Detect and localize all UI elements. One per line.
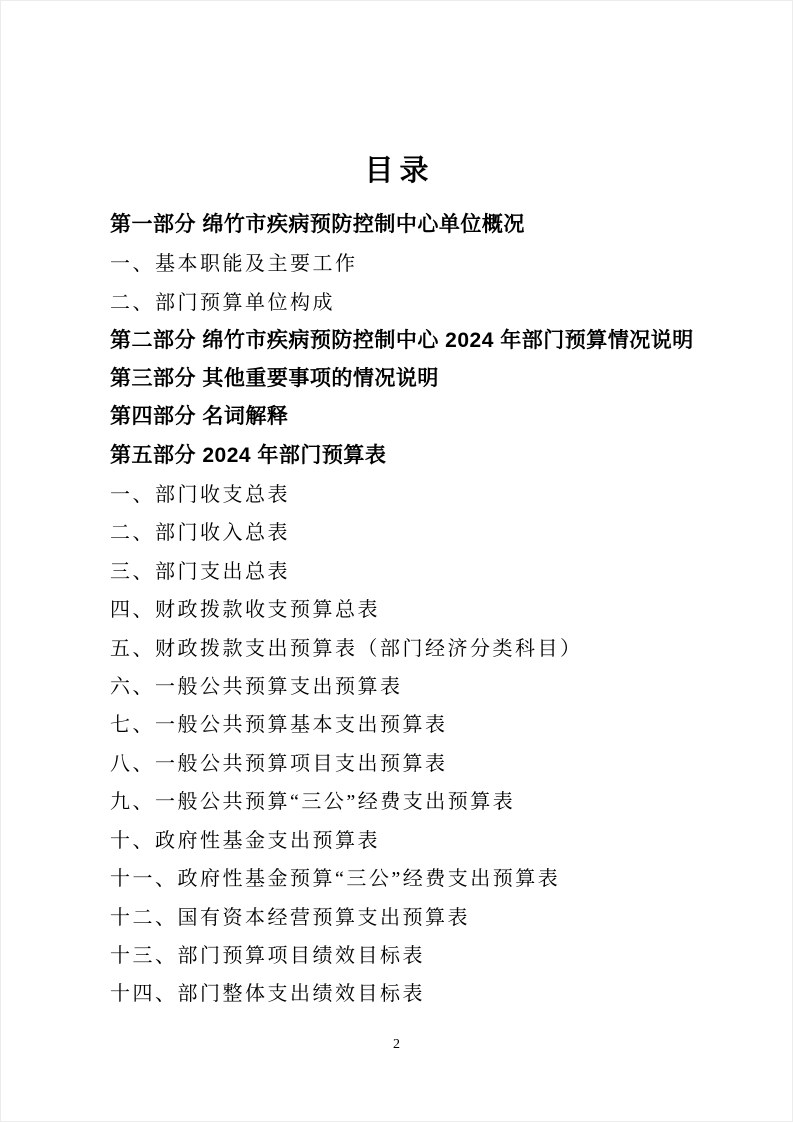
toc-entry: 第四部分 名词解释 bbox=[110, 396, 743, 434]
table-of-contents: 第一部分 绵竹市疾病预防控制中心单位概况 一、基本职能及主要工作 二、部门预算单… bbox=[110, 204, 743, 1011]
toc-entry: 十四、部门整体支出绩效目标表 bbox=[110, 973, 743, 1011]
toc-entry: 六、一般公共预算支出预算表 bbox=[110, 665, 743, 703]
toc-entry: 一、基本职能及主要工作 bbox=[110, 242, 743, 280]
toc-entry: 二、部门预算单位构成 bbox=[110, 281, 743, 319]
page-number: 2 bbox=[0, 1037, 793, 1053]
toc-entry: 三、部门支出总表 bbox=[110, 550, 743, 588]
toc-entry: 五、财政拨款支出预算表（部门经济分类科目） bbox=[110, 627, 743, 665]
toc-entry: 一、部门收支总表 bbox=[110, 473, 743, 511]
toc-entry: 第三部分 其他重要事项的情况说明 bbox=[110, 358, 743, 396]
toc-entry: 七、一般公共预算基本支出预算表 bbox=[110, 704, 743, 742]
toc-entry: 十三、部门预算项目绩效目标表 bbox=[110, 934, 743, 972]
toc-entry: 十一、政府性基金预算“三公”经费支出预算表 bbox=[110, 857, 743, 895]
toc-entry: 九、一般公共预算“三公”经费支出预算表 bbox=[110, 781, 743, 819]
toc-entry: 十二、国有资本经营预算支出预算表 bbox=[110, 896, 743, 934]
toc-entry: 四、财政拨款收支预算总表 bbox=[110, 588, 743, 626]
toc-entry: 第一部分 绵竹市疾病预防控制中心单位概况 bbox=[110, 204, 743, 242]
page-title: 目录 bbox=[0, 148, 793, 189]
document-page: 目录 第一部分 绵竹市疾病预防控制中心单位概况 一、基本职能及主要工作 二、部门… bbox=[0, 0, 793, 1122]
toc-entry: 二、部门收入总表 bbox=[110, 512, 743, 550]
toc-entry: 第二部分 绵竹市疾病预防控制中心 2024 年部门预算情况说明 bbox=[110, 319, 743, 357]
toc-entry: 十、政府性基金支出预算表 bbox=[110, 819, 743, 857]
toc-entry: 八、一般公共预算项目支出预算表 bbox=[110, 742, 743, 780]
toc-entry: 第五部分 2024 年部门预算表 bbox=[110, 435, 743, 473]
